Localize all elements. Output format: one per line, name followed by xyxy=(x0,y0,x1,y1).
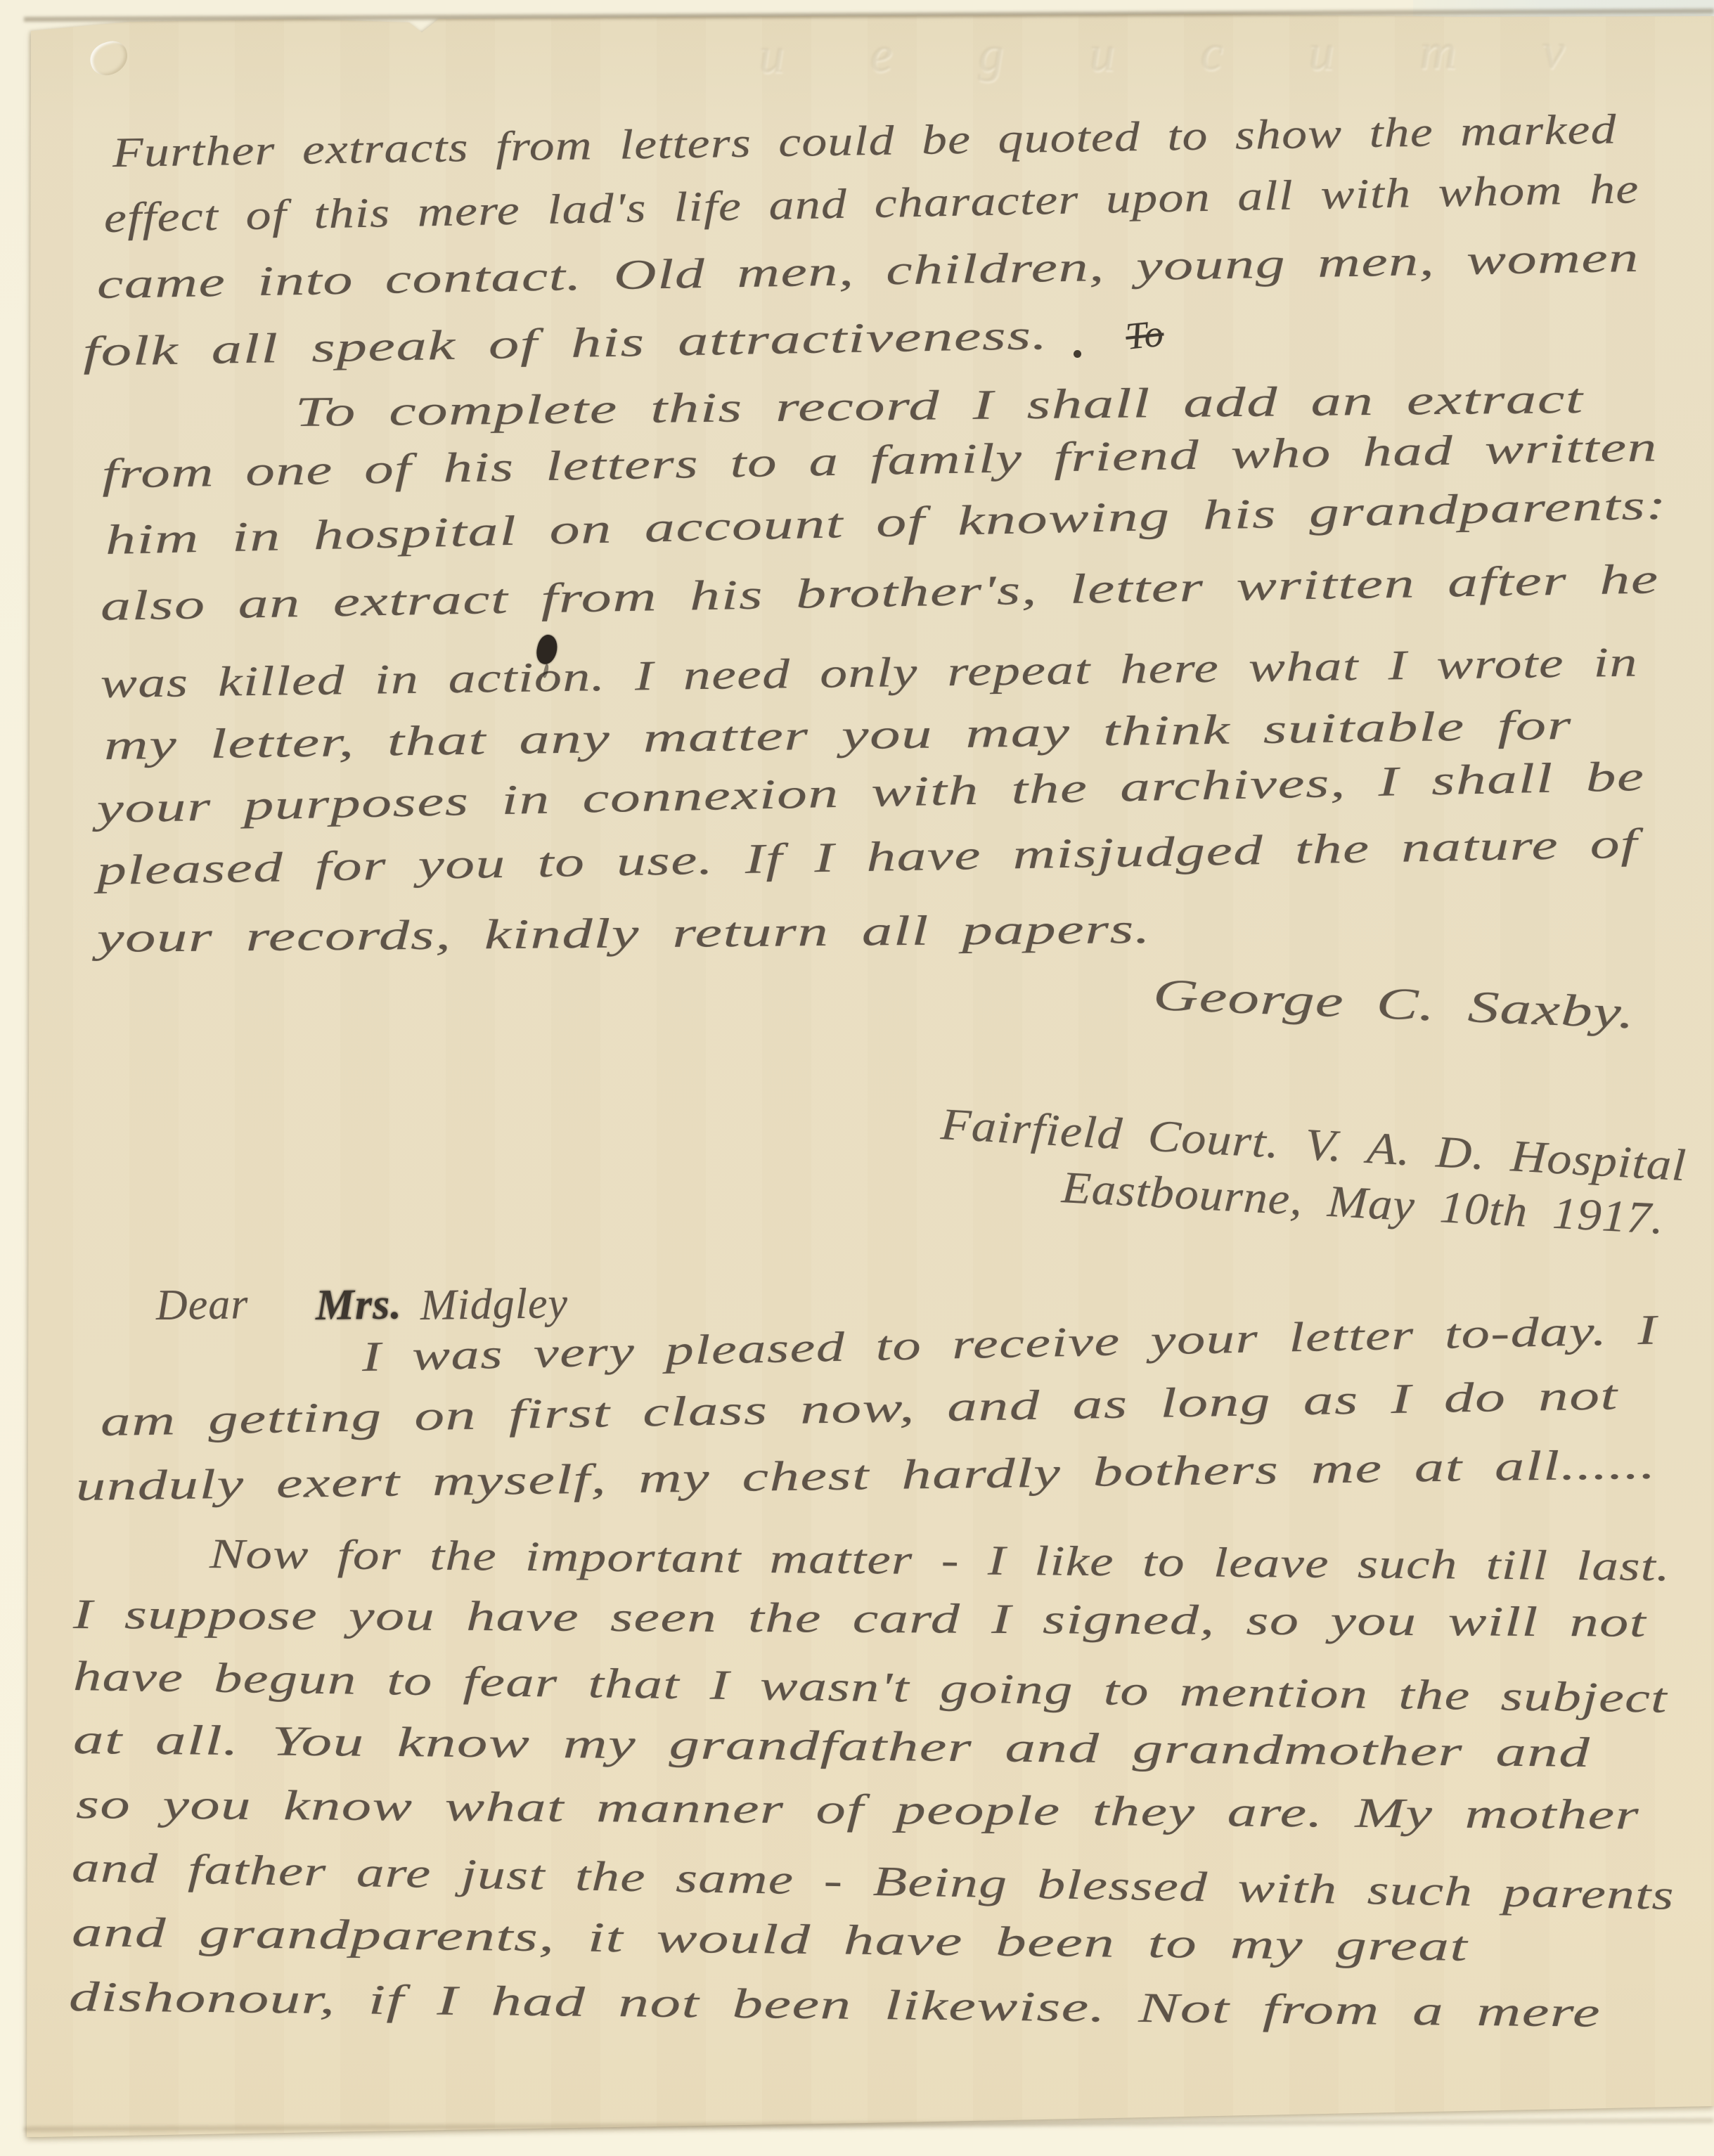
handwriting-line: him in hospital on account of knowing hi… xyxy=(105,516,1191,564)
handwriting-line: have begun to fear that I wasn't going t… xyxy=(73,1652,1262,1700)
handwriting-line: came into contact. Old men, children, yo… xyxy=(97,260,1196,309)
salutation: DearMrs.Midgley xyxy=(156,1281,568,1331)
handwriting-line: your purposes in connexion with the arch… xyxy=(97,785,1180,833)
handwriting-line: pleased for you to use. If I have misjud… xyxy=(97,846,1201,895)
handwriting-line: Now for the important matter - I like to… xyxy=(210,1530,1376,1578)
salutation-title: Mrs. xyxy=(316,1279,403,1331)
handwriting-line: folk all speak of his attractiveness. xyxy=(83,328,749,376)
handwriting-line: unduly exert myself, my chest hardly bot… xyxy=(76,1462,1192,1511)
struck-out-word: To xyxy=(1126,315,1164,359)
handwriting-line: from one of his letters to a family frie… xyxy=(102,450,1222,498)
handwriting-line: I suppose you have seen the card I signe… xyxy=(73,1590,1218,1639)
handwriting-line: and grandparents, it would have been to … xyxy=(72,1908,1035,1956)
handwriting-line: also an extract from his brother's, lett… xyxy=(101,582,1184,631)
letterpress-ghost-watermark: u e g u c u m v xyxy=(759,21,1714,84)
salutation-name: Midgley xyxy=(420,1279,569,1331)
handwriting-line: was killed in action. I need only repeat… xyxy=(101,659,1282,708)
handwriting-line: so you know what manner of people they a… xyxy=(76,1780,1184,1828)
handwriting-line: effect of this mere lad's life and chara… xyxy=(104,194,1382,243)
handwriting-line: and father are just the same - Being ble… xyxy=(72,1843,1284,1892)
salutation-prefix: Dear xyxy=(155,1279,248,1331)
handwriting-line: your records, kindly return all papers. xyxy=(97,914,824,962)
handwriting-line: dishonour, if I had not been likewise. N… xyxy=(69,1973,1126,2021)
signature: George C. Saxby. xyxy=(1153,969,1500,1021)
handwriting-line: at all. You know my grandfather and gran… xyxy=(73,1715,1119,1764)
scanned-letter-page: { "scan": { "paper_color": "#eadec2", "b… xyxy=(0,0,1714,2156)
handwriting-line: Fairfield Court. V. A. D. Hospital xyxy=(941,1098,1623,1150)
handwriting-line: To complete this record I shall add an e… xyxy=(295,388,1184,437)
ink-speck xyxy=(1074,350,1081,358)
handwriting-line: am getting on first class now, and as lo… xyxy=(101,1397,1164,1446)
handwriting-line: Eastbourne, May 10th 1917. xyxy=(1062,1161,1628,1213)
handwriting-line: Further extracts from letters could be q… xyxy=(112,129,1370,177)
handwriting-line: I was very pleased to receive your lette… xyxy=(362,1333,1325,1381)
handwriting-line: my letter, that any matter you may think… xyxy=(104,721,1116,770)
